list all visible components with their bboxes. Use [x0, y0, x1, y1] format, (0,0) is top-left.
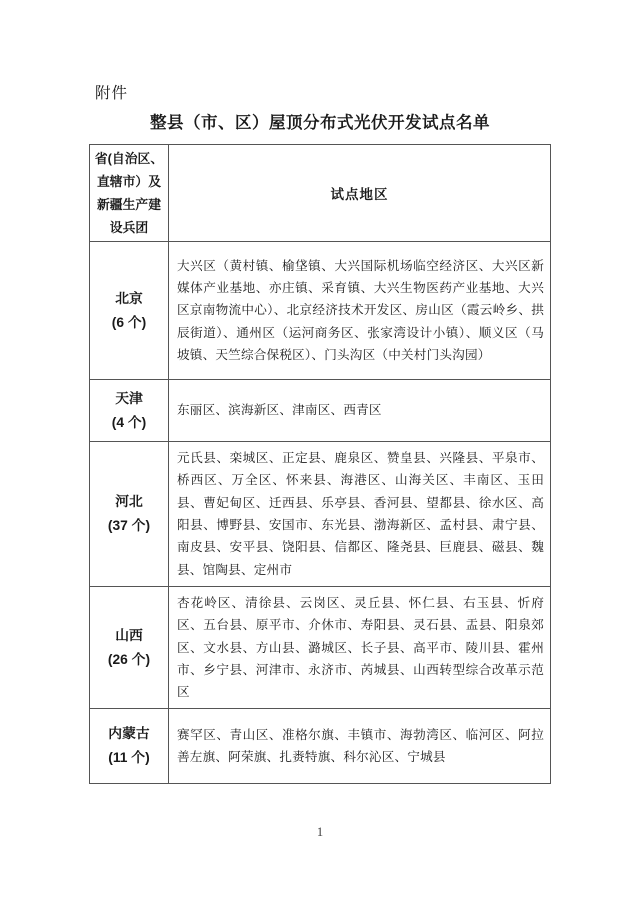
province-count: (26 个)	[91, 648, 167, 672]
province-cell: 天津 (4 个)	[90, 380, 169, 442]
province-name: 北京	[91, 287, 167, 311]
province-cell: 山西 (26 个)	[90, 587, 169, 709]
province-cell: 北京 (6 个)	[90, 242, 169, 380]
column-header-province: 省(自治区、直辖市）及新疆生产建设兵团	[90, 145, 169, 242]
region-list-cell: 东丽区、滨海新区、津南区、西青区	[169, 380, 551, 442]
column-header-pilot-regions: 试点地区	[169, 145, 551, 242]
table-header-row: 省(自治区、直辖市）及新疆生产建设兵团 试点地区	[90, 145, 551, 242]
table-row-hebei: 河北 (37 个) 元氏县、栾城区、正定县、鹿泉区、赞皇县、兴隆县、平泉市、桥西…	[90, 442, 551, 587]
table-row-tianjin: 天津 (4 个) 东丽区、滨海新区、津南区、西青区	[90, 380, 551, 442]
page-number: 1	[0, 825, 640, 840]
province-count: (37 个)	[91, 514, 167, 538]
province-count: (6 个)	[91, 311, 167, 335]
region-list-cell: 杏花岭区、清徐县、云岗区、灵丘县、怀仁县、右玉县、忻府区、五台县、原平市、介休市…	[169, 587, 551, 709]
province-name: 山西	[91, 624, 167, 648]
region-list-cell: 元氏县、栾城区、正定县、鹿泉区、赞皇县、兴隆县、平泉市、桥西区、万全区、怀来县、…	[169, 442, 551, 587]
table-row-neimenggu: 内蒙古 (11 个) 赛罕区、青山区、准格尔旗、丰镇市、海勃湾区、临河区、阿拉善…	[90, 709, 551, 784]
province-cell: 河北 (37 个)	[90, 442, 169, 587]
province-count: (11 个)	[91, 746, 167, 770]
pilot-areas-table: 省(自治区、直辖市）及新疆生产建设兵团 试点地区 北京 (6 个) 大兴区（黄村…	[89, 144, 551, 784]
table-row-shanxi: 山西 (26 个) 杏花岭区、清徐县、云岗区、灵丘县、怀仁县、右玉县、忻府区、五…	[90, 587, 551, 709]
attachment-label: 附件	[95, 81, 128, 103]
document-page: 附件 整县（市、区）屋顶分布式光伏开发试点名单 省(自治区、直辖市）及新疆生产建…	[0, 0, 640, 904]
province-name: 天津	[91, 387, 167, 411]
region-list-cell: 赛罕区、青山区、准格尔旗、丰镇市、海勃湾区、临河区、阿拉善左旗、阿荣旗、扎赉特旗…	[169, 709, 551, 784]
province-cell: 内蒙古 (11 个)	[90, 709, 169, 784]
table-row-beijing: 北京 (6 个) 大兴区（黄村镇、榆垡镇、大兴国际机场临空经济区、大兴区新媒体产…	[90, 242, 551, 380]
province-name: 河北	[91, 490, 167, 514]
region-list-cell: 大兴区（黄村镇、榆垡镇、大兴国际机场临空经济区、大兴区新媒体产业基地、亦庄镇、采…	[169, 242, 551, 380]
province-count: (4 个)	[91, 411, 167, 435]
province-name: 内蒙古	[91, 722, 167, 746]
document-title: 整县（市、区）屋顶分布式光伏开发试点名单	[0, 109, 640, 133]
